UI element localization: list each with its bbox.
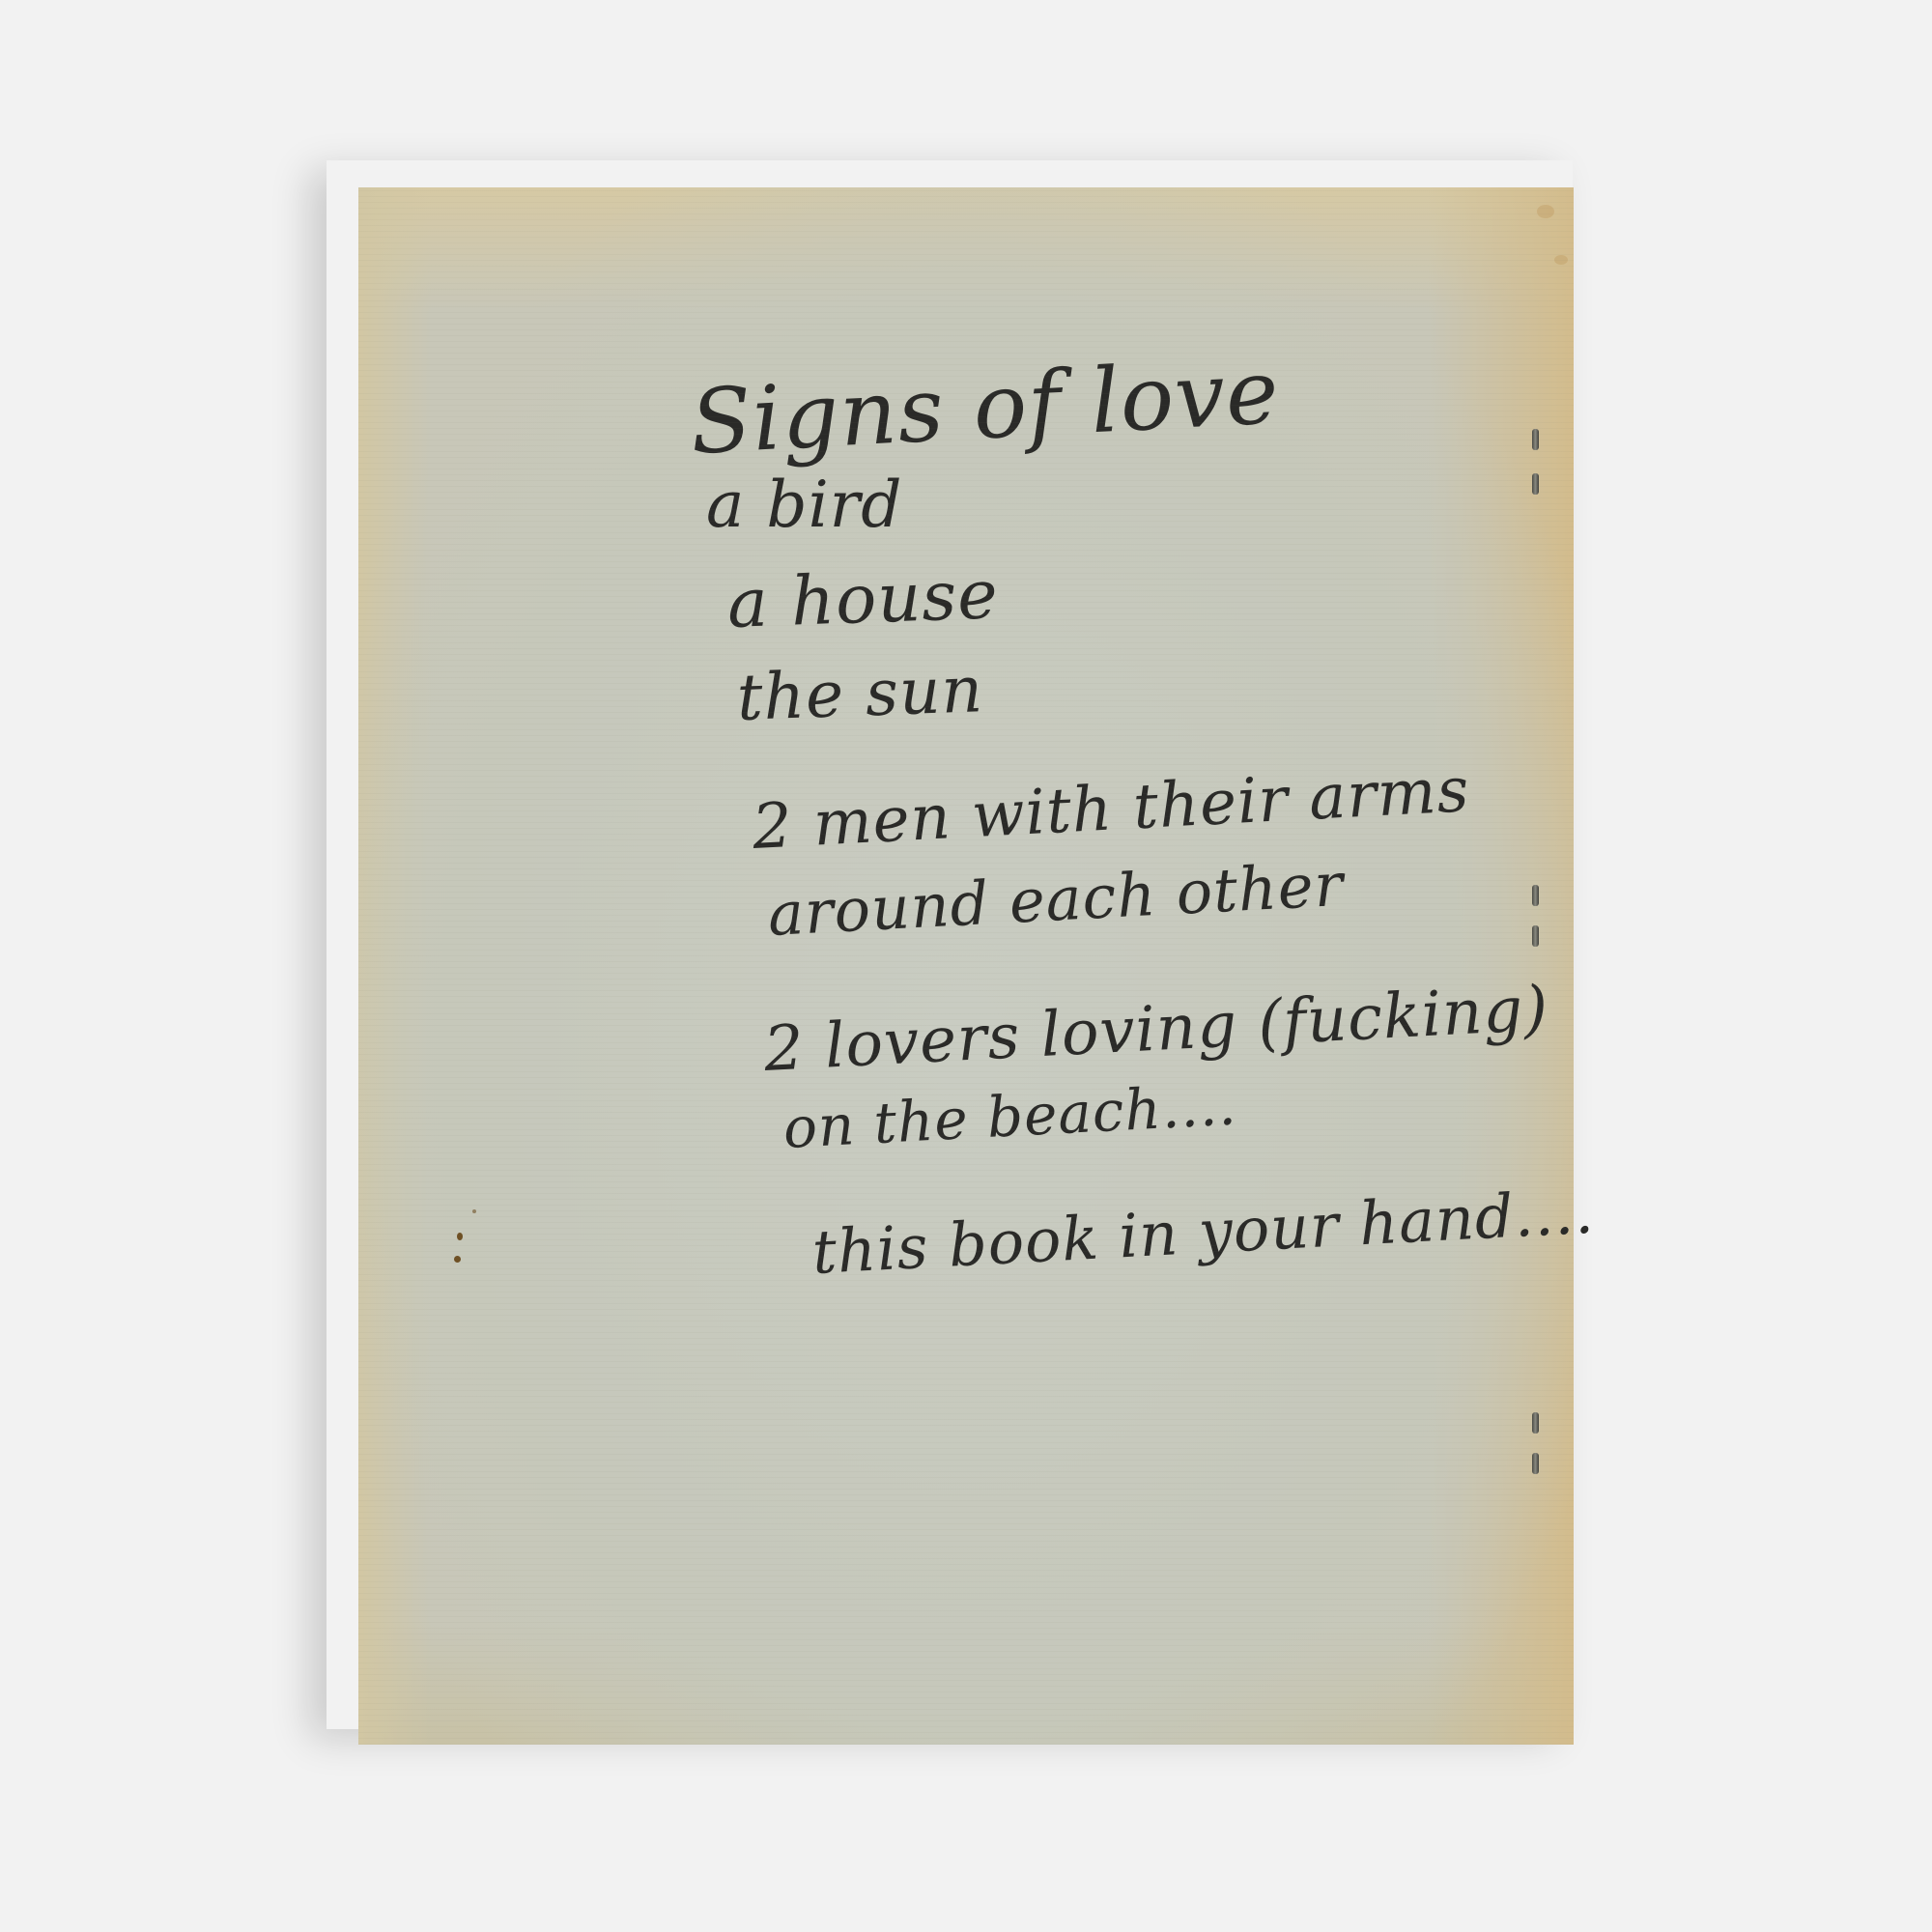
foxing-spot xyxy=(472,1209,476,1213)
poem-line: the sun xyxy=(736,652,984,735)
age-stain xyxy=(1537,205,1554,218)
staple-hole-mark xyxy=(1532,1412,1539,1434)
staple-hole-mark xyxy=(1532,473,1539,495)
age-stain xyxy=(1554,255,1568,265)
handwritten-poem: Signs of love a bird a house the sun 2 m… xyxy=(358,187,1574,1745)
poem-line: a bird xyxy=(706,468,902,542)
poem-line: this book in your hand.... xyxy=(810,1177,1596,1288)
staple-hole-mark xyxy=(1532,885,1539,906)
foxing-spot xyxy=(454,1256,461,1263)
poem-line: on the beach.... xyxy=(781,1071,1238,1160)
foxing-spot xyxy=(457,1233,463,1240)
staple-hole-mark xyxy=(1532,429,1539,450)
manuscript-sheet: Signs of love a bird a house the sun 2 m… xyxy=(358,187,1574,1745)
poem-line: 2 lovers loving (fucking) xyxy=(762,973,1550,1085)
poem-line: a house xyxy=(726,554,1000,643)
staple-hole-mark xyxy=(1532,1453,1539,1474)
poem-line: around each other xyxy=(766,849,1346,950)
staple-hole-mark xyxy=(1532,925,1539,947)
poem-title-line: Signs of love xyxy=(688,340,1282,474)
poem-line: 2 men with their arms xyxy=(751,754,1471,864)
